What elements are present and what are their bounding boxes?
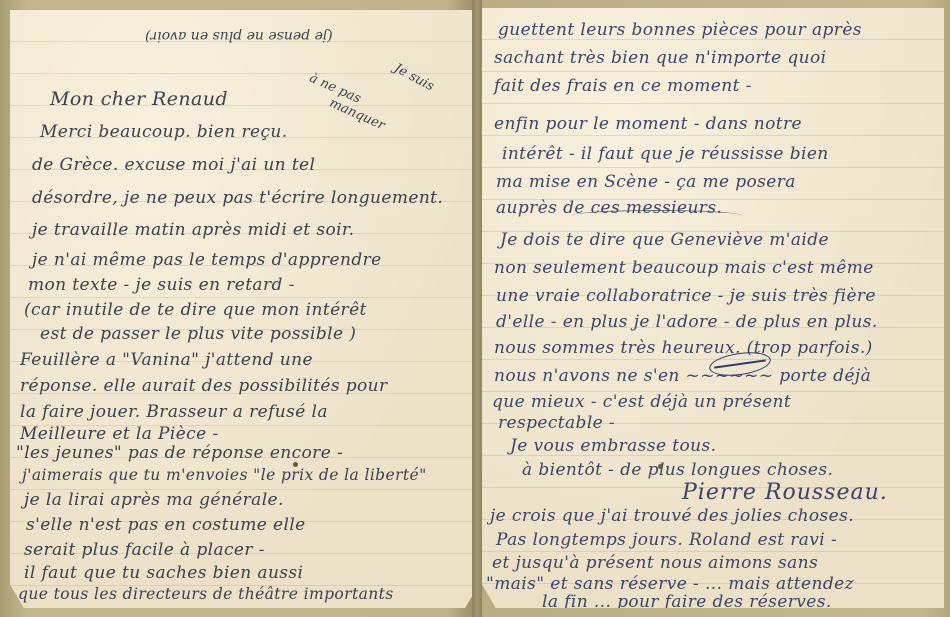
letter-page-left: (je pense ne plus en avoir) Je suis à ne…: [10, 10, 472, 608]
letter-line: nous n'avons ne s'en ~~~~~~ porte déjà: [494, 366, 871, 386]
paper-hole: [658, 464, 663, 469]
letter-salutation: Mon cher Renaud: [50, 88, 228, 110]
letter-line: ma mise en Scène - ça me posera: [496, 172, 796, 192]
letter-line: il faut que tu saches bien aussi: [24, 563, 303, 583]
paper-hole: [293, 462, 298, 467]
letter-line: sachant très bien que n'importe quoi: [494, 48, 826, 68]
letter-line: Merci beaucoup. bien reçu.: [40, 122, 288, 142]
postscript-line: et jusqu'à présent nous aimons sans: [492, 553, 818, 573]
letter-line: s'elle n'est pas en costume elle: [26, 515, 306, 535]
letter-line: je travaille matin après midi et soir.: [32, 220, 354, 240]
letter-line: "les jeunes" pas de réponse encore -: [16, 443, 343, 463]
letter-line: enfin pour le moment - dans notre: [494, 114, 802, 134]
letter-line: d'elle - en plus je l'adore - de plus en…: [496, 312, 878, 332]
letter-line: Je vous embrasse tous.: [510, 436, 716, 456]
signature: Pierre Rousseau.: [682, 480, 888, 505]
letter-line: je n'ai même pas le temps d'apprendre: [32, 250, 382, 270]
postscript-line: Pas longtemps jours. Roland est ravi -: [496, 530, 837, 550]
postscript-line: je crois que j'ai trouvé des jolies chos…: [490, 506, 854, 526]
letter-line: une vraie collaboratrice - je suis très …: [496, 286, 876, 306]
page-gutter: [472, 0, 482, 617]
letter-line: Feuillère a "Vanina" j'attend une: [20, 350, 313, 370]
letter-line: je la lirai après ma générale.: [24, 490, 284, 510]
letter-line: à bientôt - de plus longues choses.: [522, 460, 833, 480]
letter-line: la faire jouer. Brasseur a refusé la: [20, 402, 328, 422]
letter-line: non seulement beaucoup mais c'est même: [494, 258, 874, 278]
letter-line: de Grèce. excuse moi j'ai un tel: [32, 155, 315, 175]
pen-stroke: [572, 210, 742, 221]
letter-line: guettent leurs bonnes pièces pour après: [498, 20, 862, 40]
letter-line: intérêt - il faut que je réussisse bien: [502, 144, 829, 164]
letter-line: réponse. elle aurait des possibilités po…: [20, 376, 388, 396]
letter-line: que mieux - c'est déjà un présent: [492, 392, 791, 412]
letter-line: respectable -: [498, 413, 615, 433]
margin-note-diagonal-1: Je suis: [391, 61, 436, 94]
letter-line: désordre, je ne peux pas t'écrire longue…: [32, 188, 443, 208]
postscript-line: "mais" et sans réserve - ... mais attend…: [486, 574, 854, 594]
letter-line: serait plus facile à placer -: [24, 540, 265, 560]
letter-line: que tous les directeurs de théâtre impor…: [18, 585, 394, 603]
letter-line: est de passer le plus vite possible ): [40, 324, 356, 344]
letter-line: mon texte - je suis en retard -: [28, 275, 295, 295]
letter-line: fait des frais en ce moment -: [494, 76, 752, 96]
letter-line: (car inutile de te dire que mon intérêt: [24, 300, 367, 320]
letter-line: nous sommes très heureux. (trop parfois.…: [494, 338, 873, 358]
letter-line: j'aimerais que tu m'envoies "le prix de …: [22, 466, 427, 484]
letter-line: Meilleure et la Pièce -: [20, 424, 219, 444]
letter-line: Je dois te dire que Geneviève m'aide: [500, 230, 829, 250]
margin-note-upside-down: (je pense ne plus en avoir): [145, 28, 333, 44]
letter-page-right: guettent leurs bonnes pièces pour après …: [482, 8, 944, 608]
postscript-line: la fin ... pour faire des réserves.: [542, 592, 832, 608]
